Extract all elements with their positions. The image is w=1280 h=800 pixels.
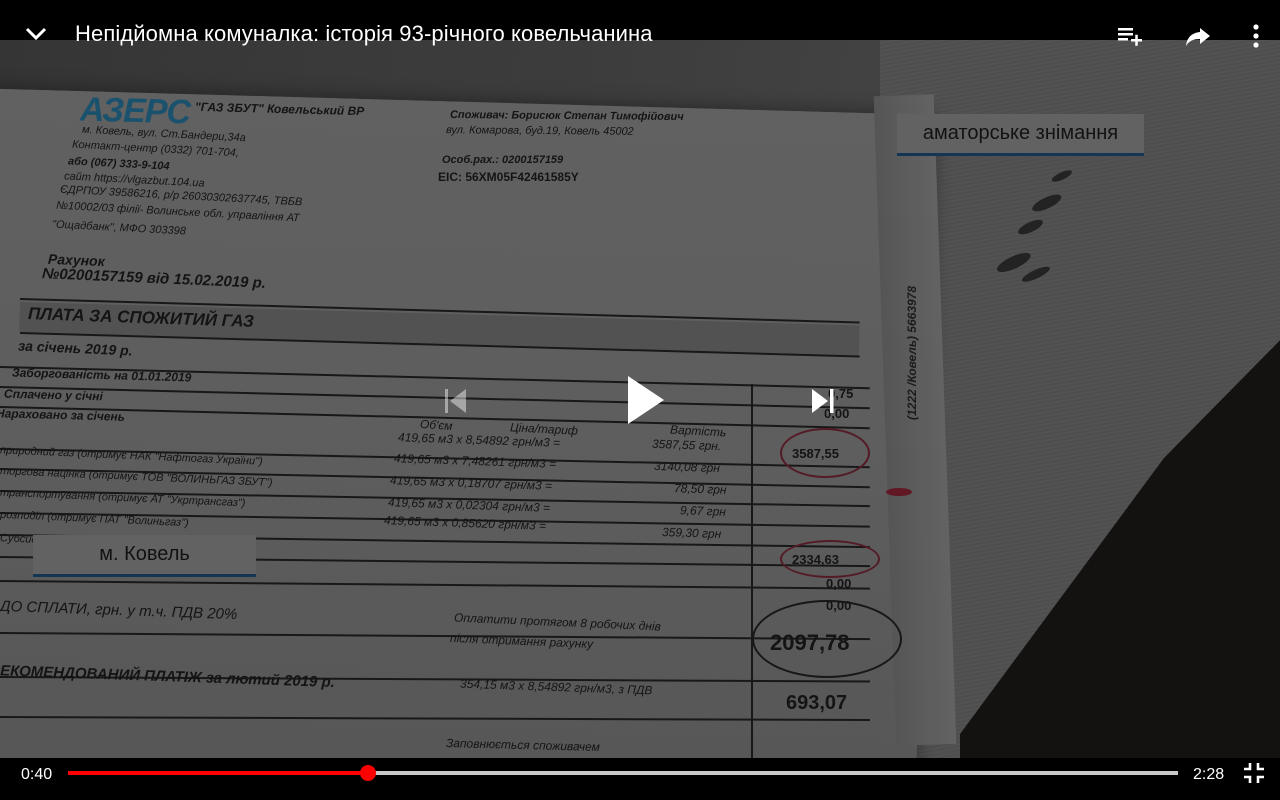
playlist-add-icon — [1116, 22, 1144, 50]
current-time: 0:40 — [21, 766, 52, 784]
add-to-queue-button[interactable] — [1114, 20, 1146, 52]
play-icon — [618, 370, 674, 430]
previous-button[interactable] — [438, 383, 474, 419]
share-button[interactable] — [1182, 20, 1214, 52]
total-duration: 2:28 — [1193, 766, 1224, 784]
exit-fullscreen-button[interactable] — [1242, 761, 1266, 785]
fullscreen-exit-icon — [1242, 761, 1266, 785]
more-options-button[interactable] — [1240, 20, 1272, 52]
player-bottom-bar: 0:40 2:28 — [0, 758, 1280, 800]
play-button[interactable] — [618, 370, 674, 430]
chevron-down-icon — [24, 22, 48, 46]
more-vertical-icon — [1242, 22, 1270, 50]
collapse-button[interactable] — [24, 22, 48, 46]
seek-bar-thumb[interactable] — [360, 765, 376, 781]
share-icon — [1184, 22, 1212, 50]
next-button[interactable] — [806, 383, 842, 419]
skip-previous-icon — [438, 383, 474, 419]
seek-bar-progress — [68, 771, 368, 775]
player-top-bar: Непідйомна комуналка: історія 93-річного… — [0, 0, 1280, 40]
seek-bar[interactable] — [68, 771, 1178, 775]
skip-next-icon — [806, 383, 842, 419]
video-title: Непідйомна комуналка: історія 93-річного… — [75, 21, 653, 47]
